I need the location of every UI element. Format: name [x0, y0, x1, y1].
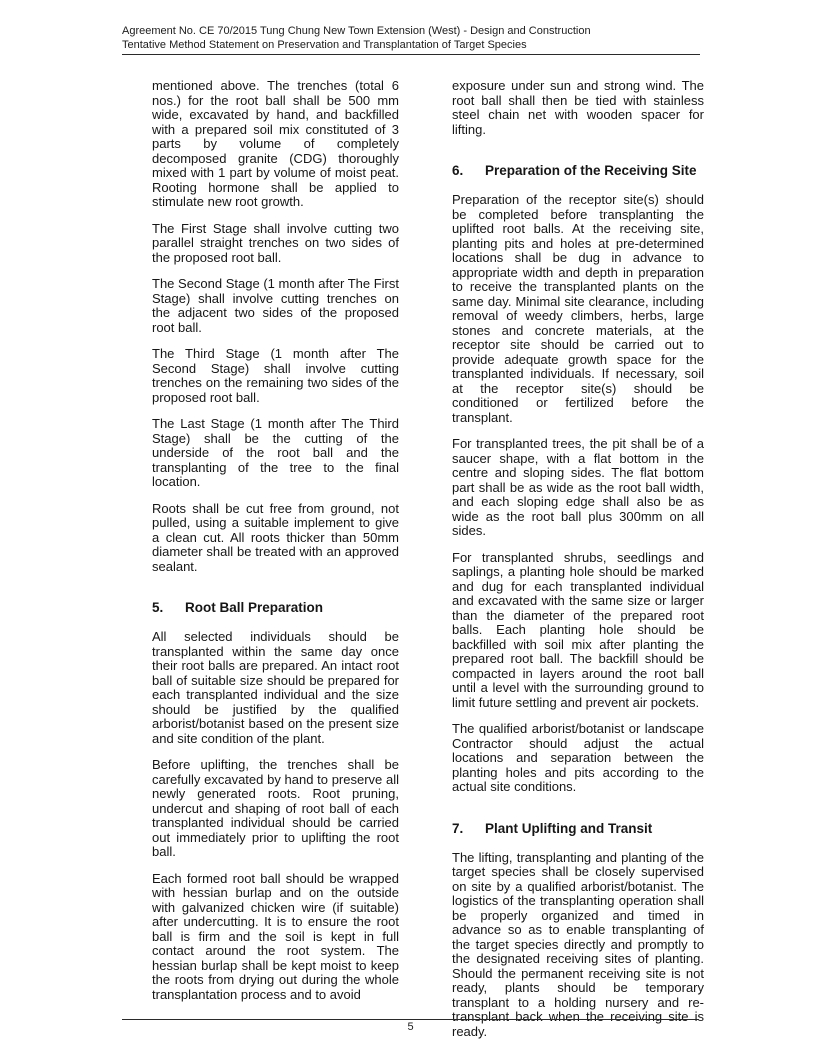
- header-line-agreement: Agreement No. CE 70/2015 Tung Chung New …: [122, 25, 700, 39]
- column-left: mentioned above. The trenches (total 6 n…: [152, 79, 399, 1014]
- header-line-title: Tentative Method Statement on Preservati…: [122, 39, 700, 53]
- paragraph: The lifting, transplanting and planting …: [452, 851, 704, 1040]
- paragraph: The Second Stage (1 month after The Firs…: [152, 277, 399, 335]
- section-number: 5.: [152, 600, 185, 615]
- paragraph: All selected individuals should be trans…: [152, 630, 399, 746]
- paragraph: The qualified arborist/botanist or lands…: [452, 722, 704, 795]
- paragraph: The First Stage shall involve cutting tw…: [152, 222, 399, 266]
- section-title: Root Ball Preparation: [185, 600, 323, 615]
- footer-rule: [122, 1019, 699, 1020]
- paragraph: For transplanted shrubs, seedlings and s…: [452, 551, 704, 711]
- section-title: Preparation of the Receiving Site: [485, 163, 697, 178]
- section-heading: 5.Root Ball Preparation: [152, 600, 399, 615]
- paragraph: Preparation of the receptor site(s) shou…: [452, 193, 704, 425]
- paragraph: Roots shall be cut free from ground, not…: [152, 502, 399, 575]
- document-page: Agreement No. CE 70/2015 Tung Chung New …: [0, 0, 816, 1056]
- paragraph: exposure under sun and strong wind. The …: [452, 79, 704, 137]
- page-header: Agreement No. CE 70/2015 Tung Chung New …: [122, 25, 700, 55]
- section-number: 7.: [452, 821, 485, 836]
- section-heading: 6.Preparation of the Receiving Site: [452, 163, 704, 178]
- column-right: exposure under sun and strong wind. The …: [452, 79, 704, 1051]
- page-number: 5: [122, 1021, 699, 1033]
- paragraph: Each formed root ball should be wrapped …: [152, 872, 399, 1003]
- section-title: Plant Uplifting and Transit: [485, 821, 652, 836]
- paragraph: For transplanted trees, the pit shall be…: [452, 437, 704, 539]
- paragraph: Before uplifting, the trenches shall be …: [152, 758, 399, 860]
- paragraph: mentioned above. The trenches (total 6 n…: [152, 79, 399, 210]
- section-heading: 7.Plant Uplifting and Transit: [452, 821, 704, 836]
- section-number: 6.: [452, 163, 485, 178]
- paragraph: The Last Stage (1 month after The Third …: [152, 417, 399, 490]
- paragraph: The Third Stage (1 month after The Secon…: [152, 347, 399, 405]
